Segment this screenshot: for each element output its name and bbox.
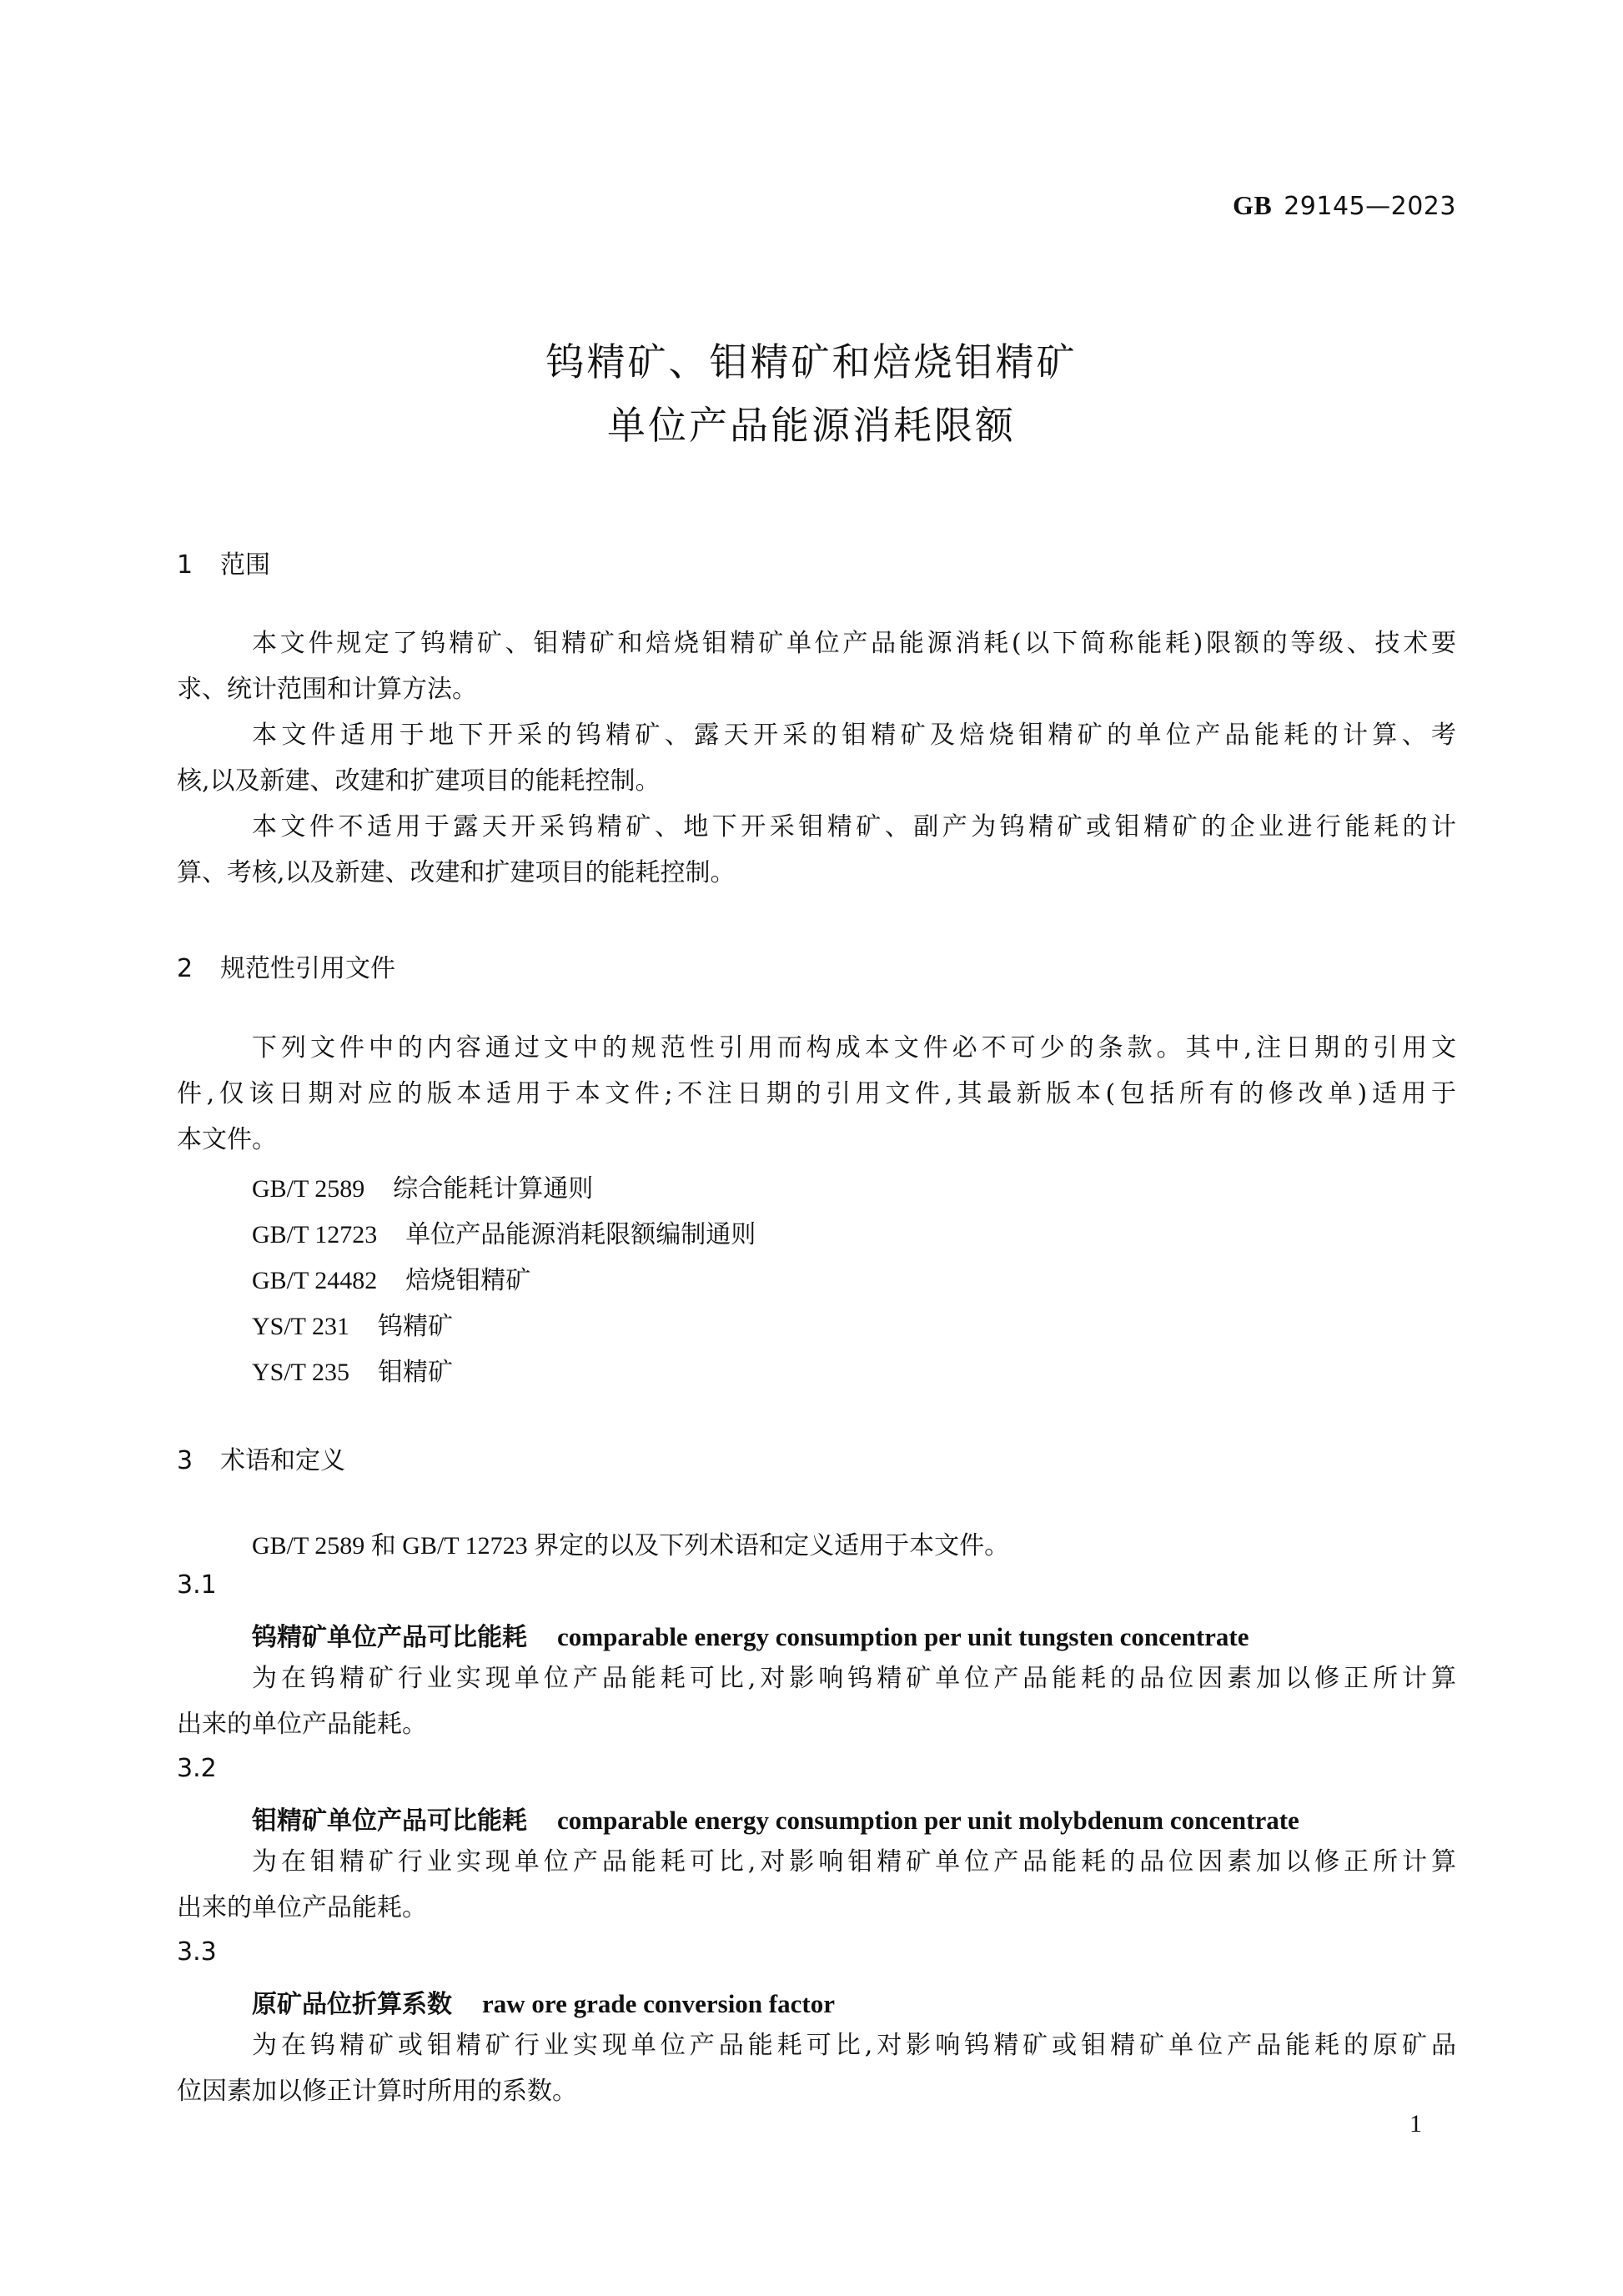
section-title: 术语和定义 xyxy=(220,1446,345,1475)
term-entry: 原矿品位折算系数raw ore grade conversion factor xyxy=(252,1983,835,2020)
section-heading-terms-and-definitions: 3术语和定义 xyxy=(177,1439,345,1476)
reference-item: GB/T 12723单位产品能源消耗限额编制通则 xyxy=(252,1213,756,1250)
section-title: 规范性引用文件 xyxy=(220,954,395,983)
term-en: comparable energy consumption per unit t… xyxy=(557,1622,1249,1651)
clause-number: 3.3 xyxy=(177,1937,217,1967)
reference-code: YS/T 231 xyxy=(252,1313,349,1341)
definition-line: 出来的单位产品能耗。 xyxy=(177,1708,1456,1741)
definition-line: 为在钼精矿行业实现单位产品能耗可比,对影响钼精矿单位产品能耗的品位因素加以修正所… xyxy=(252,1846,1456,1879)
reference-item: YS/T 231钨精矿 xyxy=(252,1305,453,1342)
section-heading-normative-references: 2规范性引用文件 xyxy=(177,947,395,984)
clause-number: 3.2 xyxy=(177,1754,217,1783)
section-heading-scope: 1范围 xyxy=(177,544,270,580)
reference-name: 单位产品能源消耗限额编制通则 xyxy=(405,1220,756,1249)
term-zh: 钼精矿单位产品可比能耗 xyxy=(252,1806,527,1836)
paragraph-line: 本文件不适用于露天开采钨精矿、地下开采钼精矿、副产为钨精矿或钼精矿的企业进行能耗… xyxy=(252,811,1456,844)
term-en: raw ore grade conversion factor xyxy=(482,1989,835,2018)
reference-name: 钨精矿 xyxy=(378,1312,453,1341)
term-en: comparable energy consumption per unit m… xyxy=(557,1806,1299,1835)
standard-prefix: GB xyxy=(1233,190,1272,220)
reference-item: GB/T 2589综合能耗计算通则 xyxy=(252,1168,593,1204)
reference-name: 钼精矿 xyxy=(378,1358,453,1387)
section-number: 3 xyxy=(177,1446,220,1475)
paragraph-line: 本文件适用于地下开采的钨精矿、露天开采的钼精矿及焙烧钼精矿的单位产品能耗的计算、… xyxy=(252,719,1456,752)
paragraph-line: 核,以及新建、改建和扩建项目的能耗控制。 xyxy=(177,765,1456,798)
paragraph-line: 下列文件中的内容通过文中的规范性引用而构成本文件必不可少的条款。其中,注日期的引… xyxy=(252,1032,1456,1065)
section-title: 范围 xyxy=(220,550,270,580)
section-number: 1 xyxy=(177,550,220,580)
reference-name: 综合能耗计算通则 xyxy=(393,1174,593,1203)
term-zh: 钨精矿单位产品可比能耗 xyxy=(252,1623,527,1652)
standard-id: GB29145—2023 xyxy=(1233,190,1456,221)
definition-line: 为在钨精矿或钼精矿行业实现单位产品能耗可比,对影响钨精矿或钼精矿单位产品能耗的原… xyxy=(252,2029,1456,2062)
document-title-line-1: 钨精矿、钼精矿和焙烧钼精矿 xyxy=(0,332,1623,387)
definition-line: 位因素加以修正计算时所用的系数。 xyxy=(177,2075,1456,2108)
reference-name: 焙烧钼精矿 xyxy=(405,1266,530,1295)
page-number: 1 xyxy=(1409,2110,1422,2138)
reference-item: GB/T 24482焙烧钼精矿 xyxy=(252,1259,530,1296)
paragraph-line: 本文件。 xyxy=(177,1123,1456,1157)
reference-code: GB/T 2589 xyxy=(252,1175,364,1203)
paragraph-line: 本文件规定了钨精矿、钼精矿和焙烧钼精矿单位产品能源消耗(以下简称能耗)限额的等级… xyxy=(252,627,1456,661)
reference-code: GB/T 24482 xyxy=(252,1267,377,1295)
term-zh: 原矿品位折算系数 xyxy=(252,1990,452,2019)
section-number: 2 xyxy=(177,954,220,983)
standard-number: 29145—2023 xyxy=(1284,192,1456,221)
definition-line: 出来的单位产品能耗。 xyxy=(177,1892,1456,1925)
reference-item: YS/T 235钼精矿 xyxy=(252,1351,453,1388)
term-entry: 钨精矿单位产品可比能耗comparable energy consumption… xyxy=(252,1616,1249,1653)
document-title-line-2: 单位产品能源消耗限额 xyxy=(0,395,1623,450)
reference-code: YS/T 235 xyxy=(252,1359,349,1387)
term-entry: 钼精矿单位产品可比能耗comparable energy consumption… xyxy=(252,1800,1299,1836)
paragraph-line: 求、统计范围和计算方法。 xyxy=(177,673,1456,706)
terms-intro: GB/T 2589 和 GB/T 12723 界定的以及下列术语和定义适用于本文… xyxy=(252,1525,1009,1561)
definition-line: 为在钨精矿行业实现单位产品能耗可比,对影响钨精矿单位产品能耗的品位因素加以修正所… xyxy=(252,1662,1456,1696)
clause-number: 3.1 xyxy=(177,1570,217,1600)
reference-code: GB/T 12723 xyxy=(252,1221,377,1249)
paragraph-line: 算、考核,以及新建、改建和扩建项目的能耗控制。 xyxy=(177,857,1456,890)
paragraph-line: 件,仅该日期对应的版本适用于本文件;不注日期的引用文件,其最新版本(包括所有的修… xyxy=(177,1078,1456,1111)
